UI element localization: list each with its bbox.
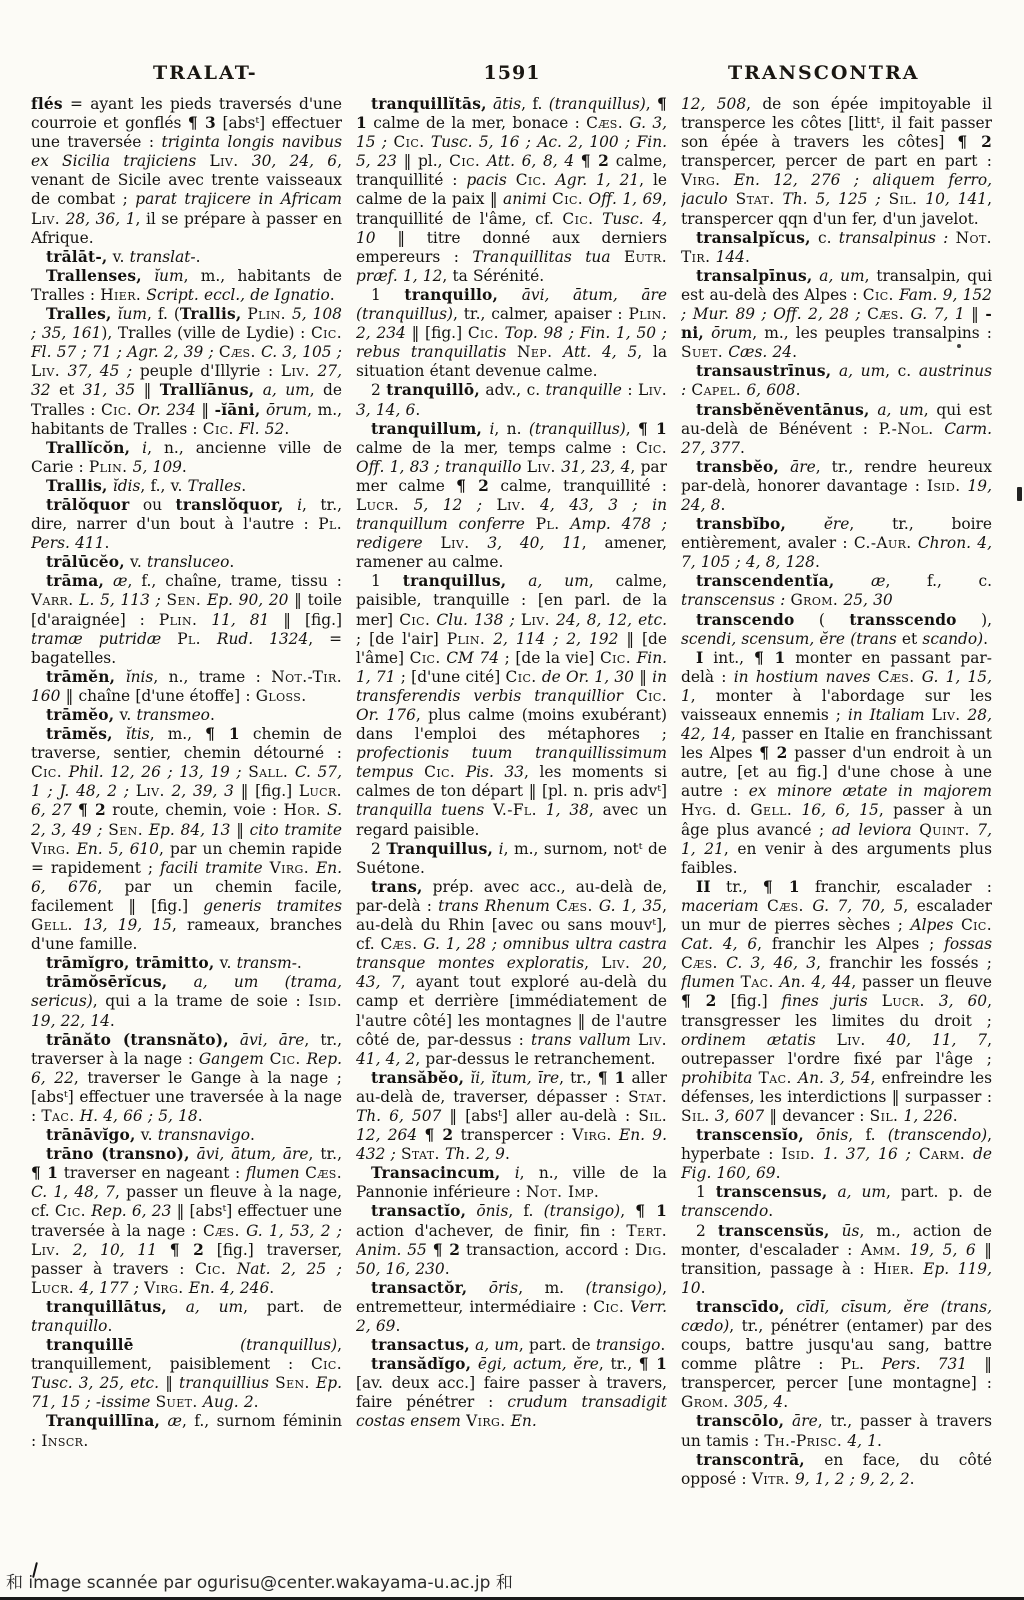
dictionary-entry: transactĭo, ōnis, f. (transigo), ¶ 1 act…	[356, 1202, 667, 1278]
author-abbrev: Quint.	[919, 821, 970, 839]
headword: ¶ 2	[957, 133, 992, 151]
italic-text: G. 7, 70, 5	[812, 897, 903, 915]
dictionary-entry: transăbĕo, ĭi, ĭtum, īre, tr., ¶ 1 aller…	[356, 1069, 667, 1164]
author-abbrev: Liv.	[932, 706, 961, 724]
author-abbrev: Hor.	[284, 801, 321, 819]
author-abbrev: Tac.	[759, 1069, 792, 1087]
italic-text: generis tramites	[203, 897, 342, 915]
italic-text: Alpes	[910, 916, 953, 934]
running-head-right: TRANSCONTRA	[728, 62, 919, 84]
dictionary-entry: transalpĭcus, c. transalpinus : Not. Tir…	[681, 229, 992, 267]
dictionary-entry: trāno (transno), āvi, ātum, āre, tr., ¶ …	[31, 1145, 342, 1298]
dictionary-entry: trāmĭgro, trāmitto, v. transm-.	[31, 954, 342, 973]
italic-text: tranquillius	[179, 1374, 269, 1392]
headword: trāmĕo,	[46, 706, 114, 724]
headword: Trallis,	[46, 477, 108, 495]
author-abbrev: Cic.	[516, 171, 547, 189]
dictionary-entry: transalpīnus, a, um, transalpin, qui est…	[681, 267, 992, 362]
italic-text: ĭi, ĭtum, īre	[470, 1069, 559, 1087]
author-abbrev: Plin.	[247, 305, 286, 323]
italic-text: (transigo)	[586, 1279, 663, 1297]
headword: transscendo	[849, 611, 956, 629]
headword: ¶ 1	[639, 1355, 667, 1373]
dictionary-entry: tranquillē (tranquillus), tranquillement…	[31, 1336, 342, 1412]
headword: ¶ 2	[581, 152, 609, 170]
italic-text: cito tramite	[250, 821, 342, 839]
italic-text: (tranquillus)	[549, 95, 646, 113]
dictionary-entry: trālāt-, v. translat-.	[31, 248, 342, 267]
headword: ¶ 2	[424, 1126, 453, 1144]
italic-text: 12, 264	[356, 1126, 417, 1144]
author-abbrev: Liv.	[136, 782, 165, 800]
italic-text: Off. 1, 69	[589, 190, 663, 208]
italic-text: En.	[511, 1412, 537, 1430]
author-abbrev: Liv.	[638, 381, 667, 399]
author-abbrev: Grom.	[681, 1393, 729, 1411]
italic-text: āvi, āre	[240, 1031, 304, 1049]
italic-text: 6, 27	[31, 801, 72, 819]
italic-text: prohibita	[681, 1069, 752, 1087]
italic-text: Tranquillitas tua	[472, 248, 610, 266]
headword: trāmĕn,	[46, 668, 115, 686]
author-abbrev: Cic.	[424, 763, 455, 781]
author-abbrev: Liv.	[31, 210, 60, 228]
italic-text: i	[515, 1164, 520, 1182]
italic-text: 1. 37, 16 ;	[823, 1145, 911, 1163]
author-abbrev: Liv.	[601, 954, 630, 972]
author-abbrev: Liv.	[521, 611, 550, 629]
author-abbrev: V.-Fl.	[493, 801, 537, 819]
italic-text: 5, 109	[133, 458, 182, 476]
dictionary-entry: trāma, æ, f., chaîne, trame, tissu : Var…	[31, 572, 342, 667]
italic-text: 37, 45 ;	[68, 362, 133, 380]
italic-text: āvi, ātum, āre	[197, 1145, 309, 1163]
italic-text: transcendo	[681, 1202, 768, 1220]
italic-text: tranquille	[546, 381, 622, 399]
headword: ¶ 3	[188, 114, 216, 132]
author-abbrev: Liv.	[527, 458, 556, 476]
author-abbrev: Virg.	[270, 859, 309, 877]
italic-text: 2, 114 ; 2, 192	[493, 630, 618, 648]
headword: transactŏr,	[371, 1279, 467, 1297]
italic-text: transm-	[237, 954, 297, 972]
italic-text: (tranquillus)	[240, 1336, 337, 1354]
dictionary-entry: tranquillum, i, n. (tranquillus), ¶ 1 ca…	[356, 420, 667, 573]
headword: trānăto (transnăto),	[46, 1031, 229, 1049]
dictionary-entry: Tranquillīna, æ, f., surnom féminin : In…	[31, 1412, 342, 1450]
dictionary-entry: Tralles, ĭum, f. (Trallis, Plin. 5, 108 …	[31, 305, 342, 439]
italic-text: 1, 226	[904, 1107, 953, 1125]
author-abbrev: Cæs.	[681, 954, 718, 972]
author-abbrev: Tac.	[41, 1107, 74, 1125]
author-abbrev: Cic.	[961, 916, 992, 934]
dictionary-entry: trāmĕo, v. transmeo.	[31, 706, 342, 725]
author-abbrev: Sil.	[870, 1107, 899, 1125]
headword: transbĕo,	[696, 458, 779, 476]
italic-text: flumen	[681, 973, 735, 991]
headword: ¶ 2	[433, 1241, 460, 1259]
author-abbrev: Capel.	[691, 381, 741, 399]
author-abbrev: Plin.	[89, 458, 128, 476]
author-abbrev: Tert.	[626, 1222, 667, 1240]
column-3: 12, 508, de son épée impitoyable il tran…	[681, 95, 992, 1560]
italic-text: (transigo)	[544, 1202, 621, 1220]
italic-text: ĭum	[154, 267, 183, 285]
author-abbrev: Cic.	[101, 401, 132, 419]
dictionary-page: TRALAT- 1591 TRANSCONTRA flés = ayant le…	[0, 0, 1024, 1600]
italic-text: ātis	[493, 95, 521, 113]
italic-text: 50, 16, 230	[356, 1260, 445, 1278]
author-abbrev: Cæs.	[305, 1164, 342, 1182]
italic-text: ordinem ætatis	[681, 1031, 816, 1049]
dictionary-entry: transcōlo, āre, tr., passer à travers un…	[681, 1412, 992, 1450]
headword: I	[696, 649, 703, 667]
author-abbrev: Cic.	[449, 152, 480, 170]
headword: -ĭāni,	[215, 401, 261, 419]
italic-text: ēgi, actum, ĕre	[478, 1355, 599, 1373]
headword: Tranquillus,	[386, 840, 493, 858]
author-abbrev: Sil.	[638, 1107, 667, 1125]
italic-text: Off. 1, 83 ; tranquillo	[356, 458, 521, 476]
author-abbrev: Th.-Prisc.	[764, 1432, 842, 1450]
headword: Trallĭānus,	[160, 381, 255, 399]
italic-text: parat trajicere in Africam	[135, 190, 342, 208]
dictionary-entry: transcontrā, en face, du côté opposé : V…	[681, 1451, 992, 1489]
italic-text: 3, 40, 11	[487, 534, 581, 552]
headword: translŏquor,	[176, 496, 284, 514]
italic-text: 6, 608	[746, 381, 795, 399]
author-abbrev: Plin.	[159, 611, 198, 629]
italic-text: Tralles	[188, 477, 242, 495]
author-abbrev: Hyg.	[681, 801, 717, 819]
italic-text: 30, 24, 6	[252, 152, 337, 170]
italic-text: Tusc. 3, 25, etc.	[31, 1374, 159, 1392]
italic-text: 4, 1	[847, 1432, 877, 1450]
italic-text: fossas	[944, 935, 992, 953]
author-abbrev: Sil.	[889, 190, 918, 208]
author-abbrev: Vitr.	[752, 1470, 790, 1488]
column-2: tranquillĭtās, ātis, f. (tranquillus), ¶…	[356, 95, 667, 1560]
italic-text: (transcendo)	[888, 1126, 987, 1144]
author-abbrev: Cic.	[593, 1298, 624, 1316]
author-abbrev: Cic.	[506, 668, 537, 686]
column-1: flés = ayant les pieds traversés d'une c…	[31, 95, 342, 1560]
italic-text: animi	[503, 190, 547, 208]
dictionary-entry: 2 transcensŭs, ūs, m., action de monter,…	[681, 1222, 992, 1298]
italic-text: 11, 81	[211, 611, 269, 629]
italic-text: En. 4, 246	[189, 1279, 269, 1297]
italic-text: Att. 6, 8, 4	[487, 152, 574, 170]
author-abbrev: Sen.	[275, 1374, 310, 1392]
headword: Trallenses,	[46, 267, 142, 285]
italic-text: CM 74	[446, 649, 499, 667]
italic-text: L. 5, 113 ;	[79, 591, 161, 609]
italic-text: 31, 23, 4	[561, 458, 630, 476]
author-abbrev: Eutr.	[624, 248, 667, 266]
italic-text: Rud. 1324	[217, 630, 308, 648]
italic-text: ōris	[489, 1279, 518, 1297]
author-abbrev: Cic.	[55, 1202, 86, 1220]
italic-text: Fl. 52	[239, 420, 284, 438]
headword: transactĭo,	[371, 1202, 466, 1220]
dictionary-entry: trāmĕs, ĭtis, m., ¶ 1 chemin de traverse…	[31, 725, 342, 954]
author-abbrev: Pl.	[318, 515, 342, 533]
headword: trāmŏsērĭcus,	[46, 973, 167, 991]
author-abbrev: Isid.	[308, 992, 342, 1010]
author-abbrev: Cic.	[636, 687, 667, 705]
italic-text: 2, 234	[356, 324, 406, 342]
headword: transbĭbo,	[696, 515, 786, 533]
author-abbrev: Tac.	[741, 973, 774, 991]
author-abbrev: Grom.	[790, 591, 838, 609]
italic-text: fines juris	[782, 992, 868, 1010]
text-columns: flés = ayant les pieds traversés d'une c…	[31, 95, 993, 1560]
italic-text: transigo	[596, 1336, 661, 1354]
italic-text: ĭdis	[113, 477, 141, 495]
headword: transădĭgo,	[371, 1355, 471, 1373]
italic-text: Att. 4, 5	[563, 343, 637, 361]
headword: trānāvĭgo,	[46, 1126, 136, 1144]
author-abbrev: Liv.	[638, 1031, 667, 1049]
italic-text: ex minore ætate in majorem	[749, 782, 992, 800]
italic-text: Nat. 2, 25 ;	[237, 1260, 342, 1278]
author-abbrev: Virg.	[681, 171, 720, 189]
italic-text: 41, 4, 2	[356, 1050, 415, 1068]
author-abbrev: Cic.	[636, 439, 667, 457]
author-abbrev: Sil.	[681, 1107, 710, 1125]
italic-text: a, um	[475, 1336, 519, 1354]
author-abbrev: Lucr.	[31, 1279, 74, 1297]
italic-text: ōnis	[476, 1202, 508, 1220]
dictionary-entry: tranquillātus, a, um, part. de tranquill…	[31, 1298, 342, 1336]
author-abbrev: P.-Nol.	[879, 420, 934, 438]
dictionary-entry: transbĭbo, ĕre, tr., boire entièrement, …	[681, 515, 992, 572]
italic-text: An. 3, 54	[798, 1069, 871, 1087]
author-abbrev: Cic.	[410, 649, 441, 667]
author-abbrev: Nep.	[517, 343, 552, 361]
italic-text: Agr. 1, 21	[556, 171, 640, 189]
headword: ¶ 1	[754, 649, 785, 667]
dictionary-entry: Trallis, ĭdis, f., v. Tralles.	[31, 477, 342, 496]
italic-text: i	[142, 439, 147, 457]
dictionary-entry: Trallĭcŏn, i, n., ancienne ville de Cari…	[31, 439, 342, 477]
headword: ¶ 1	[205, 725, 240, 743]
italic-text: Rep. 6, 23	[91, 1202, 171, 1220]
author-abbrev: Pl.	[177, 630, 201, 648]
italic-text: Phil. 12, 26 ; 13, 19 ;	[69, 763, 242, 781]
italic-text: 28, 36, 1	[66, 210, 136, 228]
author-abbrev: Virg.	[466, 1412, 505, 1430]
italic-text: āre	[790, 458, 816, 476]
dictionary-entry: transădĭgo, ēgi, actum, ĕre, tr., ¶ 1 [a…	[356, 1355, 667, 1431]
italic-text: æ	[167, 1412, 181, 1430]
author-abbrev: Lucr.	[299, 782, 342, 800]
italic-text: Carm. 27, 377	[681, 420, 992, 457]
italic-text: 16, 6, 15	[801, 801, 878, 819]
author-abbrev: Isid.	[927, 477, 961, 495]
italic-text: 5, 12 ;	[414, 496, 482, 514]
author-abbrev: Cic.	[399, 611, 430, 629]
dictionary-entry: Transacincum, i, n., ville de la Pannoni…	[356, 1164, 667, 1202]
author-abbrev: Cic.	[195, 1260, 226, 1278]
headword: II	[696, 878, 711, 896]
author-abbrev: Cæs.	[878, 668, 915, 686]
headword: tranquillus,	[403, 572, 506, 590]
author-abbrev: Cic.	[600, 649, 631, 667]
author-abbrev: Suet.	[681, 343, 723, 361]
author-abbrev: Cæs.	[767, 897, 804, 915]
italic-text: facili tramite	[160, 859, 263, 877]
italic-text: Pers. 731	[882, 1355, 968, 1373]
italic-text: 40, 11, 7	[887, 1031, 988, 1049]
author-abbrev: C.-Aur.	[854, 534, 912, 552]
italic-text: Fl. 57 ; 71 ; Agr. 2, 39 ;	[31, 343, 214, 361]
italic-text: Th. 6, 507	[356, 1107, 441, 1125]
dictionary-entry: transbĕo, āre, tr., rendre heureux par-d…	[681, 458, 992, 515]
author-abbrev: Liv.	[210, 152, 239, 170]
italic-text: transluceo	[147, 553, 229, 571]
italic-text: G. 7, 1	[911, 305, 965, 323]
author-abbrev: Cic.	[468, 324, 499, 342]
author-abbrev: Gloss.	[256, 687, 307, 705]
dictionary-entry: trālŏquor ou translŏquor, i, tr., dire, …	[31, 496, 342, 553]
italic-text: Th. 2, 9	[445, 1145, 505, 1163]
italic-text: 305, 4	[734, 1393, 783, 1411]
author-abbrev: Dig.	[635, 1241, 667, 1259]
italic-text: præf. 1, 12	[356, 267, 442, 285]
italic-text: a, um	[263, 381, 310, 399]
italic-text: Anim. 55	[356, 1241, 427, 1259]
headword: ¶ 1	[638, 420, 667, 438]
headword: flés	[31, 95, 63, 113]
headword: transbĕnĕventānus,	[696, 401, 870, 419]
dictionary-entry: transcendo ( transscendo ), scendi, scen…	[681, 611, 992, 649]
italic-text: pacis	[466, 171, 506, 189]
italic-text: transnavigo	[158, 1126, 250, 1144]
headword: transcendo	[696, 611, 794, 629]
italic-text: i	[489, 420, 494, 438]
author-abbrev: Cæs.	[219, 343, 256, 361]
headword: trālūcĕo,	[46, 553, 125, 571]
italic-text: tramæ putridæ	[31, 630, 161, 648]
headword: transactus,	[371, 1336, 470, 1354]
headword: tranquillē	[46, 1336, 134, 1354]
dictionary-entry: trānāvĭgo, v. transnavigo.	[31, 1126, 342, 1145]
author-abbrev: Cæs.	[586, 114, 623, 132]
italic-text: 3, 14, 6	[356, 401, 415, 419]
author-abbrev: Sen.	[167, 591, 202, 609]
italic-text: (tranquillus)	[529, 420, 626, 438]
dictionary-entry: trāmĕn, ĭnis, n., trame : Not.-Tir. 160 …	[31, 668, 342, 706]
italic-text: i	[297, 496, 302, 514]
italic-text: scando)	[922, 630, 983, 648]
headword: trālŏquor	[46, 496, 129, 514]
dictionary-entry: I int., ¶ 1 monter en passant par-delà :…	[681, 649, 992, 878]
italic-text: ūs	[842, 1222, 860, 1240]
headword: transalpīnus,	[696, 267, 812, 285]
dictionary-entry: transactus, a, um, part. de transigo.	[356, 1336, 667, 1355]
author-abbrev: Sen.	[108, 821, 143, 839]
author-abbrev: Stat.	[628, 1088, 667, 1106]
headword: tranquillo,	[404, 286, 498, 304]
author-abbrev: Plin.	[447, 630, 486, 648]
italic-text: tranquillo	[31, 1317, 107, 1335]
author-abbrev: Liv.	[281, 362, 310, 380]
italic-text: i	[499, 840, 504, 858]
dictionary-entry: trānăto (transnăto), āvi, āre, tr., trav…	[31, 1031, 342, 1126]
italic-text: trans vallum	[531, 1031, 631, 1049]
italic-text: flumen	[246, 1164, 300, 1182]
headword: tranquillum,	[371, 420, 482, 438]
author-abbrev: Cic.	[311, 1355, 342, 1373]
page-number: 1591	[484, 62, 541, 84]
author-abbrev: Cic.	[863, 286, 894, 304]
italic-text: ōrum	[266, 401, 307, 419]
italic-text: ĭtis	[126, 725, 150, 743]
headword: ¶ 2	[456, 477, 489, 495]
headword: tranquillātus,	[46, 1298, 167, 1316]
italic-text: Pis. 33	[466, 763, 524, 781]
italic-text: 24, 8, 12, etc.	[556, 611, 667, 629]
dictionary-entry: 1 tranquillus, a, um, calme, paisible, t…	[356, 572, 667, 839]
italic-text: de Or. 1, 30	[542, 668, 634, 686]
dictionary-entry: Trallenses, ĭum, m., habitants de Tralle…	[31, 267, 342, 305]
author-abbrev: Isid.	[781, 1145, 815, 1163]
dictionary-entry: transbĕnĕventānus, a, um, qui est au-del…	[681, 401, 992, 458]
italic-text: 2, 39, 3	[172, 782, 234, 800]
dictionary-entry: trālūcĕo, v. transluceo.	[31, 553, 342, 572]
author-abbrev: Cic.	[552, 190, 583, 208]
dictionary-entry: transcīdo, cīdī, cīsum, ĕre (trans, cædo…	[681, 1298, 992, 1413]
author-abbrev: Pl.	[841, 1355, 865, 1373]
italic-text: 144	[716, 248, 745, 266]
author-abbrev: Sall.	[248, 763, 288, 781]
dictionary-entry: 12, 508, de son épée impitoyable il tran…	[681, 95, 992, 229]
dictionary-entry: 2 tranquillō, adv., c. tranquille : Liv.…	[356, 381, 667, 419]
italic-text: Or. 176	[356, 706, 416, 724]
author-abbrev: Virg.	[144, 1279, 183, 1297]
headword: ¶ 2	[170, 1241, 204, 1259]
headword: trans,	[371, 878, 423, 896]
author-abbrev: Liv.	[497, 496, 526, 514]
scan-speck-artifact	[957, 344, 961, 348]
author-abbrev: Cic.	[311, 324, 342, 342]
author-abbrev: Gell.	[31, 916, 73, 934]
dictionary-entry: transcensĭo, ōnis, f. (transcendo), hype…	[681, 1126, 992, 1183]
italic-text: 9, 1, 2 ; 9, 2, 2	[795, 1470, 910, 1488]
italic-text: Cæs. 24	[728, 343, 792, 361]
headword: ¶ 1	[635, 1202, 667, 1220]
author-abbrev: Lucr.	[356, 496, 399, 514]
italic-text: 4, 177 ;	[79, 1279, 139, 1297]
author-abbrev: Virg.	[572, 1126, 611, 1144]
headword: tranquillĭtās,	[371, 95, 487, 113]
italic-text: scendi, scensum, ĕre (trans	[681, 630, 897, 648]
running-head-left: TRALAT-	[153, 62, 258, 84]
italic-text: Ep. 84, 13	[149, 821, 231, 839]
headword: trāno (transno),	[46, 1145, 190, 1163]
italic-text: transmeo	[136, 706, 210, 724]
author-abbrev: Not. Imp.	[526, 1183, 599, 1201]
author-abbrev: Cæs.	[556, 897, 593, 915]
italic-text: G. 1, 53, 2 ;	[246, 1222, 342, 1240]
author-abbrev: Hier.	[873, 1260, 914, 1278]
italic-text: 19, 22, 14	[31, 1012, 110, 1030]
headword: transcīdo,	[696, 1298, 785, 1316]
italic-text: Pers. 411	[31, 534, 105, 552]
author-abbrev: Inscr.	[41, 1432, 88, 1450]
headword: trāmĕs,	[46, 725, 113, 743]
